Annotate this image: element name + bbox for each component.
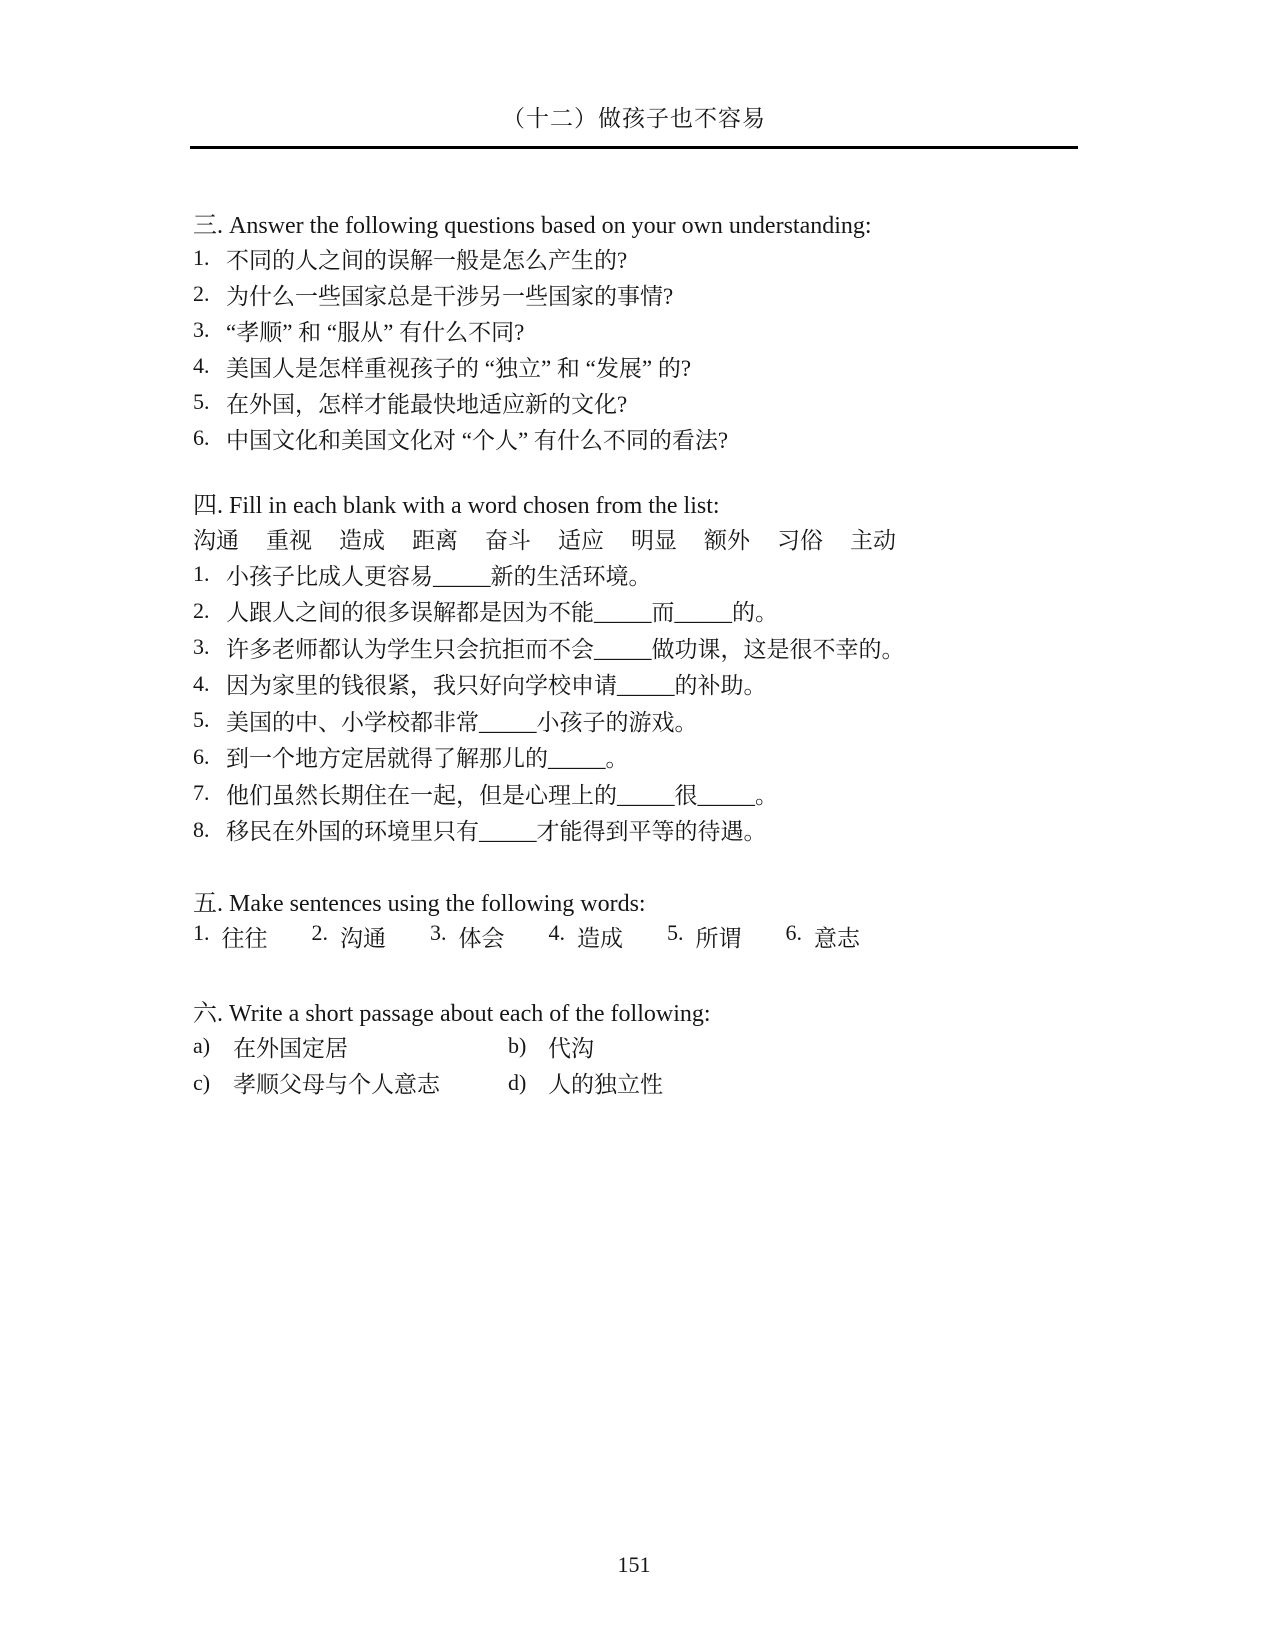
word-chip: 主动: [850, 522, 896, 555]
exercise-item: 6. 中国文化和美国文化对 “个人” 有什么不同的看法?: [193, 420, 1088, 456]
item-text: 到一个地方定居就得了解那儿的_____。: [226, 740, 629, 773]
item-text: 不同的人之间的误解一般是怎么产生的?: [226, 242, 627, 275]
item-number: 8.: [193, 817, 226, 843]
exercise-item: 4. 因为家里的钱很紧，我只好向学校申请_____的补助。: [193, 666, 1088, 703]
item-text: 美国人是怎样重视孩子的 “独立” 和 “发展” 的?: [226, 350, 691, 383]
topic-row: a) 在外国定居 b) 代沟: [193, 1028, 1088, 1065]
exercise-item: 2. 为什么一些国家总是干涉另一些国家的事情?: [193, 276, 1088, 312]
section-heading: 四. Fill in each blank with a word chosen…: [193, 484, 1088, 520]
word-chip: 习俗: [777, 522, 823, 555]
word-number: 3.: [430, 920, 447, 953]
item-text: 移民在外国的环境里只有_____才能得到平等的待遇。: [226, 813, 767, 846]
word-chip: 重视: [266, 522, 312, 555]
header-divider-rule: [190, 146, 1078, 149]
word-number: 4.: [549, 920, 566, 953]
item-text: 许多老师都认为学生只会抗拒而不会_____做功课，这是很不幸的。: [226, 631, 905, 664]
word-text: 体会: [459, 920, 505, 953]
topic-item: b) 代沟: [508, 1030, 594, 1063]
item-text: 因为家里的钱很紧，我只好向学校申请_____的补助。: [226, 667, 767, 700]
item-number: 2.: [193, 598, 226, 624]
section-heading: 六. Write a short passage about each of t…: [193, 992, 1088, 1028]
item-number: 3.: [193, 634, 226, 660]
word-item: 3.体会: [430, 920, 505, 953]
word-number: 1.: [193, 920, 210, 953]
exercise-item: 8. 移民在外国的环境里只有_____才能得到平等的待遇。: [193, 812, 1088, 849]
topic-item: a) 在外国定居: [193, 1030, 508, 1063]
word-text: 沟通: [340, 920, 386, 953]
word-item: 4.造成: [549, 920, 624, 953]
word-item: 2.沟通: [312, 920, 387, 953]
exercise-item: 1. 不同的人之间的误解一般是怎么产生的?: [193, 240, 1088, 276]
topic-item: c) 孝顺父母与个人意志: [193, 1066, 508, 1099]
exercise-item: 5. 美国的中、小学校都非常_____小孩子的游戏。: [193, 702, 1088, 739]
exercise-item: 4. 美国人是怎样重视孩子的 “独立” 和 “发展” 的?: [193, 348, 1088, 384]
topic-item: d) 人的独立性: [508, 1066, 663, 1099]
page-number: 151: [190, 1552, 1078, 1578]
word-number: 5.: [667, 920, 684, 953]
item-text: 他们虽然长期住在一起，但是心理上的_____很_____。: [226, 777, 778, 810]
item-text: 美国的中、小学校都非常_____小孩子的游戏。: [226, 704, 698, 737]
word-text: 所谓: [696, 920, 742, 953]
item-number: 2.: [193, 281, 226, 307]
topic-label: b): [508, 1033, 548, 1059]
item-number: 4.: [193, 671, 226, 697]
item-number: 6.: [193, 425, 226, 451]
word-item: 6.意志: [786, 920, 861, 953]
word-chip: 适应: [558, 522, 604, 555]
word-number: 6.: [786, 920, 803, 953]
exercise-item: 2. 人跟人之间的很多误解都是因为不能_____而_____的。: [193, 593, 1088, 630]
item-text: 中国文化和美国文化对 “个人” 有什么不同的看法?: [226, 422, 728, 455]
item-number: 1.: [193, 561, 226, 587]
exercise-item: 5. 在外国，怎样才能最快地适应新的文化?: [193, 384, 1088, 420]
word-list: 沟通 重视 造成 距离 奋斗 适应 明显 额外 习俗 主动: [193, 520, 1088, 556]
word-text: 往往: [222, 920, 268, 953]
topic-label: a): [193, 1033, 233, 1059]
item-text: “孝顺” 和 “服从” 有什么不同?: [226, 314, 524, 347]
topic-text: 代沟: [548, 1030, 594, 1063]
item-number: 7.: [193, 780, 226, 806]
section-short-passage: 六. Write a short passage about each of t…: [193, 992, 1088, 1101]
item-number: 1.: [193, 245, 226, 271]
topic-text: 在外国定居: [233, 1030, 348, 1063]
item-number: 5.: [193, 389, 226, 415]
item-text: 人跟人之间的很多误解都是因为不能_____而_____的。: [226, 594, 778, 627]
word-chip: 沟通: [193, 522, 239, 555]
topic-text: 孝顺父母与个人意志: [233, 1066, 440, 1099]
section-fill-in-blanks: 四. Fill in each blank with a word chosen…: [193, 484, 1088, 848]
word-chip: 额外: [704, 522, 750, 555]
section-heading: 五. Make sentences using the following wo…: [193, 882, 1088, 918]
exercise-item: 6. 到一个地方定居就得了解那儿的_____。: [193, 739, 1088, 776]
item-number: 5.: [193, 707, 226, 733]
word-chip: 明显: [631, 522, 677, 555]
section-make-sentences: 五. Make sentences using the following wo…: [193, 882, 1088, 954]
exercise-item: 1. 小孩子比成人更容易_____新的生活环境。: [193, 556, 1088, 593]
sentence-words: 1.往往 2.沟通 3.体会 4.造成 5.所谓 6.意志: [193, 918, 1088, 954]
page-title: （十二）做孩子也不容易: [190, 100, 1078, 133]
word-chip: 奋斗: [485, 522, 531, 555]
word-text: 意志: [814, 920, 860, 953]
exercise-item: 3. “孝顺” 和 “服从” 有什么不同?: [193, 312, 1088, 348]
word-chip: 距离: [412, 522, 458, 555]
word-item: 5.所谓: [667, 920, 742, 953]
topic-label: c): [193, 1070, 233, 1096]
topic-label: d): [508, 1070, 548, 1096]
word-item: 1.往往: [193, 920, 268, 953]
topic-text: 人的独立性: [548, 1066, 663, 1099]
item-text: 为什么一些国家总是干涉另一些国家的事情?: [226, 278, 673, 311]
section-heading: 三. Answer the following questions based …: [193, 204, 1088, 240]
item-number: 3.: [193, 317, 226, 343]
item-text: 小孩子比成人更容易_____新的生活环境。: [226, 558, 652, 591]
word-number: 2.: [312, 920, 329, 953]
item-number: 6.: [193, 744, 226, 770]
word-text: 造成: [577, 920, 623, 953]
exercise-item: 7. 他们虽然长期住在一起，但是心理上的_____很_____。: [193, 775, 1088, 812]
section-answer-questions: 三. Answer the following questions based …: [193, 204, 1088, 456]
item-text: 在外国，怎样才能最快地适应新的文化?: [226, 386, 627, 419]
topic-row: c) 孝顺父母与个人意志 d) 人的独立性: [193, 1065, 1088, 1102]
item-number: 4.: [193, 353, 226, 379]
exercise-item: 3. 许多老师都认为学生只会抗拒而不会_____做功课，这是很不幸的。: [193, 629, 1088, 666]
word-chip: 造成: [339, 522, 385, 555]
